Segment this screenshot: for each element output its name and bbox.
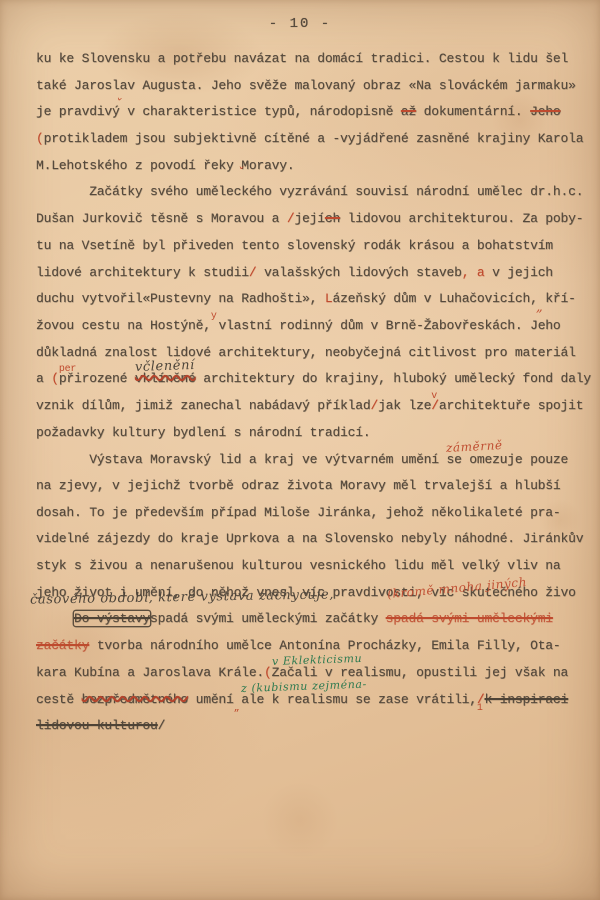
typed-text: dosah. To je především případ Miloše Jir…	[36, 505, 561, 520]
typed-line: ku ke Slovensku a potřebu navázat na dom…	[36, 46, 600, 73]
typed-line: a (perpřirozené včleněnívklíněné archite…	[36, 366, 600, 393]
typed-text: vlastní rodinný dům v Brně-Žabovřeskách.…	[211, 318, 561, 333]
typed-line: dosah. To je především případ Miloše Jir…	[36, 500, 600, 527]
scanned-document-page: - 10 - ku ke Slovensku a potřebu navázat…	[0, 0, 600, 900]
typed-text: jak lze	[378, 398, 431, 413]
typed-line: cestě bezpředmětného umění„ z (kubismu z…	[36, 687, 600, 714]
typed-line: styk s živou a nenarušenou kulturou vesn…	[36, 553, 600, 580]
typed-text: Výstava Moravský lid a kraj ve výtvarném…	[36, 452, 446, 467]
typed-text: tvorba národního umělce Antonína Procház…	[89, 638, 560, 653]
typed-line: Do výstavyspadá svými uměleckými začátky…	[36, 606, 600, 633]
correction-mark: Do výstavy	[74, 611, 150, 626]
typed-text: její	[294, 211, 324, 226]
correction-mark: spadá svými uměleckými	[386, 611, 553, 626]
correction-mark: (	[51, 371, 59, 386]
typed-line: na zjevy, v jejichž tvorbě odraz života …	[36, 473, 600, 500]
correction-mark: (	[36, 131, 44, 146]
typed-line: tu na Vsetíně byl přiveden tento slovens…	[36, 233, 600, 260]
typed-line: Začátky svého uměleckého vyzrávání souvi…	[36, 179, 600, 206]
typed-text: Začali v realismu, opustili jej však na	[272, 665, 568, 680]
typed-line: Výstava Moravský lid a kraj ve výtvarném…	[36, 446, 600, 473]
typed-text: styk s živou a nenarušenou kulturou vesn…	[36, 558, 561, 573]
typed-line: M.Lehotského z povodí řeky Moravy.	[36, 153, 600, 180]
typed-text: umění	[188, 692, 234, 707]
typed-text: ku ke Slovensku a potřebu navázat na dom…	[36, 51, 568, 66]
typed-text: valašských lidových staveb	[256, 265, 461, 280]
typed-text: architektury do krajiny, hluboký uměleck…	[196, 371, 591, 386]
typed-text: /	[158, 718, 166, 733]
typed-line: videlné zájezdy do kraje Uprkova a na Sl…	[36, 526, 600, 553]
typed-text: v jejich	[485, 265, 553, 280]
typed-text: cestě	[36, 692, 82, 707]
typed-text: Dušan Jurkovič těsně s Moravou a	[36, 211, 287, 226]
typed-line: lidové architektury k studii/ valašských…	[36, 260, 600, 287]
typed-text: se omezuje pouze	[446, 452, 568, 467]
typed-text: a	[36, 371, 51, 386]
typed-text: lidové architektury k studii	[36, 265, 249, 280]
typed-line: je pravdivý v charakteristice typů, náro…	[36, 99, 600, 126]
correction-mark: bezpředmětného	[82, 692, 188, 707]
typed-text: žovou cestu na Hostýně,	[36, 318, 211, 333]
correction-mark: až	[401, 104, 416, 119]
typed-text: M.Lehotského z povodí řeky Moravy.	[36, 158, 294, 173]
correction-mark: (	[264, 665, 272, 680]
typed-line: vznik dílům, jimiž zanechal nabádavý pří…	[36, 393, 600, 420]
correction-mark: ch	[325, 211, 340, 226]
typed-text: jeho život i umění, do něhož vnesl víc p…	[36, 585, 576, 600]
correction-mark: , a	[462, 265, 485, 280]
typed-text: architektuře spojit	[439, 398, 583, 413]
typed-text: kara Kubína a Jaroslava Krále.	[36, 665, 264, 680]
typed-text: vznik dílům, jimiž zanechal nabádavý pří…	[36, 398, 370, 413]
typed-text: požadavky kultury bydlení s národní trad…	[36, 425, 370, 440]
typed-text	[36, 611, 74, 626]
typed-text: také Jaroslav Augusta. Jeho svěže malova…	[36, 78, 576, 93]
typed-text: Začátky svého uměleckého vyzrávání souvi…	[36, 184, 583, 199]
correction-mark: začátky	[36, 638, 89, 653]
typed-text: spadá svými uměleckými začátky	[150, 611, 386, 626]
typed-line: lidovou kulturou/	[36, 713, 600, 740]
typed-text: tu na Vsetíně byl přiveden tento slovens…	[36, 238, 553, 253]
typed-line: Dušan Jurkovič těsně s Moravou a /jejích…	[36, 206, 600, 233]
typed-line: duchu vytvořil«Pustevny na Radhošti», Lá…	[36, 286, 600, 313]
typed-line: (protikladem jsou subjektivně cítěné a -…	[36, 126, 600, 153]
typed-line: požadavky kultury bydlení s národní trad…	[36, 420, 600, 447]
typed-text: dokumentární.	[416, 104, 530, 119]
page-number: - 10 -	[0, 16, 600, 32]
typed-line: jeho život i umění, do něhož vnesl víc p…	[36, 580, 600, 607]
typed-line: důkladná znalost lidové architektury, ne…	[36, 340, 600, 367]
correction-mark: k inspiraci	[485, 692, 569, 707]
typed-text: protikladem jsou subjektivně cítěné a -v…	[44, 131, 584, 146]
typed-text: důkladná znalost lidové architektury, ne…	[36, 345, 576, 360]
typed-text: duchu vytvořil«Pustevny na Radhošti»,	[36, 291, 325, 306]
correction-mark: /	[370, 398, 378, 413]
correction-mark: lidovou kulturou	[36, 718, 158, 733]
correction-mark: včlenění	[134, 355, 135, 382]
typed-line: také Jaroslav Augusta. Jeho svěže malova…	[36, 73, 600, 100]
typed-text: videlné zájezdy do kraje Uprkova a na Sl…	[36, 531, 583, 546]
typed-line: žovou cestu na Hostýně,y vlastní rodinný…	[36, 313, 600, 340]
typed-text: je pravdivý v charakteristice typů, náro…	[36, 104, 401, 119]
correction-mark: Jeho	[530, 104, 560, 119]
typed-text: lidovou architekturou. Za poby-	[340, 211, 583, 226]
typed-text-block: ku ke Slovensku a potřebu navázat na dom…	[36, 46, 600, 740]
typed-text: na zjevy, v jejichž tvorbě odraz života …	[36, 478, 561, 493]
typed-text: ázeňský dům v Luhačovicích, kří-	[332, 291, 575, 306]
